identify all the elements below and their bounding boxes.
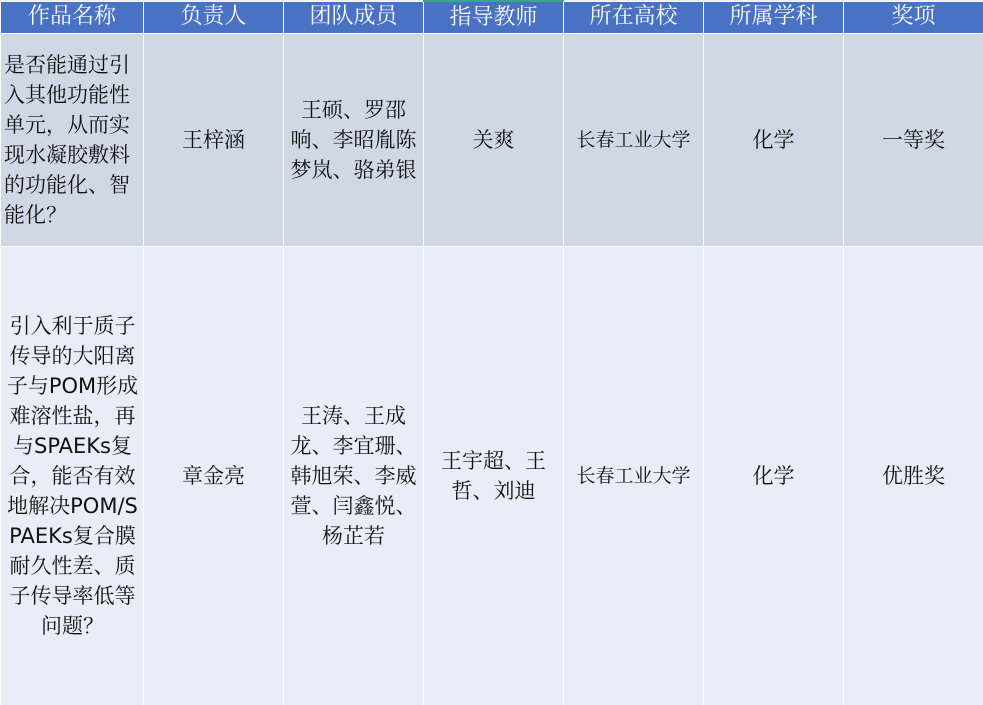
cell-title: 是否能通过引入其他功能性单元，从而实现水凝胶敷料的功能化、智能化？ <box>1 34 144 247</box>
cell-advisor: 王宇超、王哲、刘迪 <box>424 247 564 705</box>
cell-advisor: 关爽 <box>424 34 564 247</box>
header-leader: 负责人 <box>144 1 284 34</box>
cell-university: 长春工业大学 <box>564 247 704 705</box>
header-discipline: 所属学科 <box>704 1 844 34</box>
award-table: 作品名称 负责人 团队成员 指导教师 所在高校 所属学科 奖项 是否能通过引入其… <box>0 0 983 705</box>
header-award: 奖项 <box>844 1 983 34</box>
cell-university: 长春工业大学 <box>564 34 704 247</box>
cell-award: 优胜奖 <box>844 247 983 705</box>
cell-members: 王涛、王成龙、李宜珊、韩旭荣、李威萱、闫鑫悦、杨芷若 <box>284 247 424 705</box>
header-university: 所在高校 <box>564 1 704 34</box>
header-members: 团队成员 <box>284 1 424 34</box>
cell-members: 王硕、罗邵响、李昭胤陈梦岚、骆弟银 <box>284 34 424 247</box>
header-advisor: 指导教师 <box>424 1 564 34</box>
cell-award: 一等奖 <box>844 34 983 247</box>
table-row: 引入利于质子传导的大阳离子与POM形成难溶性盐，再与SPAEKs复合，能否有效地… <box>1 247 983 705</box>
header-row: 作品名称 负责人 团队成员 指导教师 所在高校 所属学科 奖项 <box>1 1 983 34</box>
cell-discipline: 化学 <box>704 247 844 705</box>
cell-leader: 章金亮 <box>144 247 284 705</box>
cell-title: 引入利于质子传导的大阳离子与POM形成难溶性盐，再与SPAEKs复合，能否有效地… <box>1 247 144 705</box>
cell-leader: 王梓涵 <box>144 34 284 247</box>
table-row: 是否能通过引入其他功能性单元，从而实现水凝胶敷料的功能化、智能化？ 王梓涵 王硕… <box>1 34 983 247</box>
header-title: 作品名称 <box>1 1 144 34</box>
cell-discipline: 化学 <box>704 34 844 247</box>
